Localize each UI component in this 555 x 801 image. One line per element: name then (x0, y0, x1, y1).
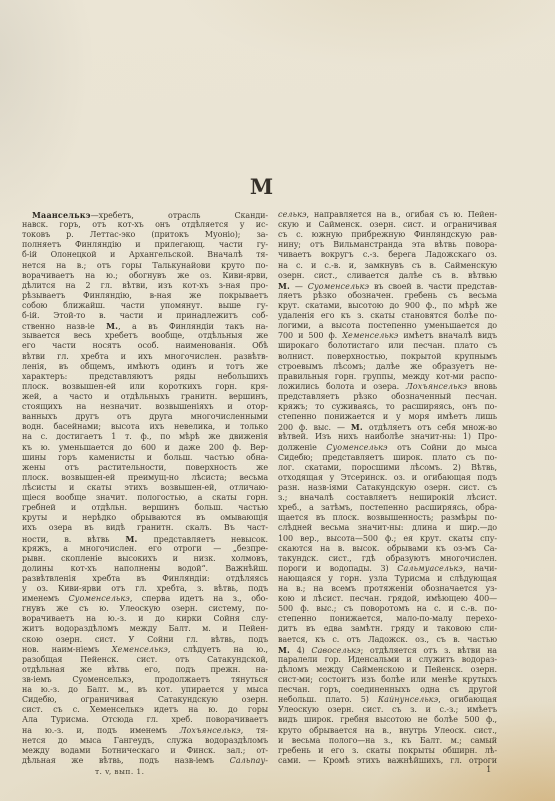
text-line: гребень и его з. скаты покрыты обширн. л… (278, 746, 497, 756)
text-line: развѣтвленія хребта въ Финляндіи: отдѣля… (22, 574, 268, 584)
text-line: небольш. плато. 5) Кайнунселькэ, огибающ… (278, 695, 497, 705)
text-line: слѣдней весьма значит-ны: длина и шир.—д… (278, 523, 497, 533)
text-line: нающаяся у горн. узла Турисма и слѣдующа… (278, 574, 497, 584)
text-line: зывается весь хребетъ вообще, отдѣльныя … (22, 331, 268, 341)
text-line: ложились болота и озера. Лохъянселькэ вн… (278, 382, 497, 392)
text-line: щается въ плоск. возвышенность; размѣры … (278, 513, 497, 523)
text-line: водн. басейнами; высота ихъ невелика, и … (22, 422, 268, 432)
text-line: Сидебю; представляетъ широк. плато съ по… (278, 453, 497, 463)
text-line: озерн. сист., сливается далѣе съ в. вѣтв… (278, 271, 497, 281)
text-line: щіеся вообще значит. пологостью, а скаты… (22, 493, 268, 503)
text-line: отдѣльная же вѣтвь его, подъ прежн. на- (22, 665, 268, 675)
text-line: на с. достигаетъ 1 т. ф., по мѣрѣ же дви… (22, 432, 268, 442)
text-line: вѣтви гл. хребта и ихъ многочислен. разв… (22, 352, 268, 362)
text-line: сист. съ с. Хеменселькэ идетъ на ю. до г… (22, 705, 268, 715)
text-line: токовъ р. Леттас-эко (притокъ Муоніо); з… (22, 230, 268, 240)
text-line: представляетъ рѣзко обозначенный песчан. (278, 392, 497, 402)
text-line: лѣсисты и скаты этихъ возвышен-ей, отлич… (22, 483, 268, 493)
text-line: Ала Турисма. Отсюда гл. хреб. поворачива… (22, 715, 268, 725)
text-line: рѣзываетъ Финляндію, в-ная же покрываетъ (22, 291, 268, 301)
text-column-left: Маанселькэ—хребетъ, отрасль Сканди-навск… (22, 210, 268, 766)
text-line: удаленія его къ з. скаты становятся болѣ… (278, 311, 497, 321)
text-line: скаются на в. высок. обрывами къ оз-мъ С… (278, 544, 497, 554)
text-line: рывн. скопленіе высокихъ и низк. холмовъ… (22, 554, 268, 564)
text-line: къ ю. уменьшается до 600 и даже 200 ф. В… (22, 443, 268, 453)
text-line: шины горъ каменисты и больш. частью обна… (22, 453, 268, 463)
text-line: и весьма полого—на з., къ Балт. м.; самы… (278, 736, 497, 746)
text-line: жены отъ растительности, поверхность же (22, 463, 268, 473)
text-line: логими, а высота постепенно уменьшается … (278, 321, 497, 331)
text-line: круто обрывается на в., внутрь Улеоск. с… (278, 726, 497, 736)
text-line: песчан. горъ, соединенныхъ одна съ друго… (278, 685, 497, 695)
text-line: 700 и 500 ф. Хеменселькэ имѣетъ вначалѣ … (278, 331, 497, 341)
text-line: долины кот-хъ наполнены водой“. Важнѣйш. (22, 564, 268, 574)
text-line: дѣльная же вѣтвь, подъ назв-іемъ Сальпау… (22, 756, 268, 766)
text-line: ворачиваетъ на ю.-з. и до кирки Сойня сл… (22, 614, 268, 624)
text-line: круты и нерѣдко обрываются въ омывающія (22, 513, 268, 523)
text-line: степенно понижается и у моря имѣетъ лишь (278, 412, 497, 422)
text-line: на в.; на всемъ протяженіи обозначается … (278, 584, 497, 594)
text-line: б-ій Олонецкой и Архангельской. Вначалѣ … (22, 250, 268, 260)
text-line: именемъ Суоменселькэ, сперва идетъ на з.… (22, 594, 268, 604)
text-line: вѣтвей. Изъ нихъ наиболѣе значит-ны: 1) … (278, 432, 497, 442)
text-line: М. — Суоменселькэ въ своей в. части пред… (278, 281, 497, 291)
text-line: плоск. возвышен-ей преимущ-но лѣсиста; в… (22, 473, 268, 483)
text-line: его части носятъ особ. наименованія. Обѣ (22, 341, 268, 351)
text-line: дѣлится на 2 гл. вѣтви, изъ кот-хъ з-ная… (22, 281, 268, 291)
text-line: ленія, въ общемъ, имѣютъ одинъ и тотъ же (22, 362, 268, 372)
text-line: Сидебю, ограничивая Сатакундскую озерн. (22, 695, 268, 705)
text-line: нину; отъ Вильманстранда эта вѣтвь повор… (278, 240, 497, 250)
text-line: дѣломъ между Сайменскою и Пейенск. озерн… (278, 665, 497, 675)
text-line: нов. наим-ніемъ Хеменселькэ, слѣдуетъ на… (22, 645, 268, 655)
text-line: полняетъ Финляндію и прилегающ. части гу… (22, 240, 268, 250)
text-line: такундск. сист., гдѣ образуютъ многочисл… (278, 554, 497, 564)
text-line: разн. назв-іями Сатакундскую озерн. сист… (278, 483, 497, 493)
text-line: на с. и с.-в. и, замкнувъ съ в. Сайменск… (278, 261, 497, 271)
text-line: хреб., а затѣмъ, постепенно расширяясь, … (278, 503, 497, 513)
text-line: ихъ озера въ видѣ гранитн. скалъ. Въ час… (22, 523, 268, 533)
text-line: М. 4) Савоселькэ; отдѣляется отъ з. вѣтв… (278, 645, 497, 655)
text-line: кою и лѣсист. песчан. грядой, имѣющею 40… (278, 594, 497, 604)
volume-signature: т. v, вып. 1. (95, 767, 144, 776)
text-line: собою ближайш. части упомянут. выше гу- (22, 301, 268, 311)
text-line: разобщая Пейенск. сист. отъ Сатакундской… (22, 655, 268, 665)
text-line: селькэ, направляется на в., огибая съ ю.… (278, 210, 497, 220)
book-page: М Маанселькэ—хребетъ, отрасль Сканди-нав… (0, 0, 555, 801)
text-line: гнувъ же съ ю. Улеоскую озерн. систему, … (22, 604, 268, 614)
text-line: скую и Сайменск. озерн. сист. и ограничи… (278, 220, 497, 230)
text-line: плоск. возвышен-ей или короткихъ горн. к… (22, 382, 268, 392)
text-line: видъ широк. гребня высотою не болѣе 500 … (278, 715, 497, 725)
text-line: б-ій. Этой-то в. части и принадлежитъ со… (22, 311, 268, 321)
text-line: Маанселькэ—хребетъ, отрасль Сканди- (22, 210, 268, 220)
text-line: з.; вначалѣ составляетъ неширокій лѣсист… (278, 493, 497, 503)
text-line: крут. скатами, высотою до 900 ф., по мѣр… (278, 301, 497, 311)
page-number: 1 (486, 765, 491, 775)
text-line: ванныхъ другъ отъ друга многочисленными (22, 412, 268, 422)
text-line: строевымъ лѣсомъ; далѣе же образуетъ не- (278, 362, 497, 372)
text-line: жей, а часто и отдѣльныхъ гранитн. верши… (22, 392, 268, 402)
text-line: ляетъ рѣзко обозначен. гребень съ весьма (278, 291, 497, 301)
text-line: вается, къ с. отъ Ладожск. оз., съ в. ча… (278, 635, 497, 645)
text-line: пороги и водопады. 3) Сальмуаселькэ, нач… (278, 564, 497, 574)
text-line: Улеоскую озерн. сист. съ з. и с.-з.; имѣ… (278, 705, 497, 715)
text-line: широкаго болотистаго или песчан. плато с… (278, 341, 497, 351)
text-line: на ю.-з. и, подъ именемъ Лохъянселькэ, т… (22, 726, 268, 736)
text-line: 500 ф. выс.; съ поворотомъ на с. и с.-в.… (278, 604, 497, 614)
text-line: отходящая у Этсеринск. оз. и огибающая п… (278, 473, 497, 483)
text-line: чиваетъ вокругъ с.-з. берега Ладожскаго … (278, 250, 497, 260)
text-line: на ю.-з. до Балт. м., въ кот. упирается … (22, 685, 268, 695)
text-line: паралели гор. Иденсальми и служитъ водор… (278, 655, 497, 665)
article-text-block: Маанселькэ—хребетъ, отрасль Сканди-навск… (22, 210, 497, 766)
text-line: кряжъ; то суживаясь, то расширяясь, онъ … (278, 402, 497, 412)
section-letter-heading: М (0, 174, 524, 199)
text-line: лог. скатами, поросшими лѣсомъ. 2) Вѣтвь… (278, 463, 497, 473)
text-line: сами. — Кромѣ этихъ важнѣйшихъ, гл. отро… (278, 756, 497, 766)
text-line: у оз. Киви-ярви отъ гл. хребта, з. вѣтвь… (22, 584, 268, 594)
text-line: зв-іемъ Суоменселькэ, продолжаетъ тянуть… (22, 675, 268, 685)
text-line: правильныя горн. группы, между кот-ми ра… (278, 372, 497, 382)
text-line: ственно назв-іе М., а въ Финляндіи такъ … (22, 321, 268, 331)
text-line: съ с. южную прибрежную Финляндскую рав- (278, 230, 497, 240)
text-line: кряжъ, а многочислен. его отроги — „безп… (22, 544, 268, 554)
text-line: сист-ми; состоитъ изъ болѣе или менѣе кр… (278, 675, 497, 685)
text-column-right: селькэ, направляется на в., огибая съ ю.… (278, 210, 497, 766)
text-line: нется до мыса Гангеудъ, служа водораздѣл… (22, 736, 268, 746)
text-line: 200 ф. выс. — М. отдѣляетъ отъ себя множ… (278, 422, 497, 432)
text-line: стоящихъ на незначит. возвышеніяхъ и ото… (22, 402, 268, 412)
text-line: гребней и отдѣльн. вершинъ больш. частью (22, 503, 268, 513)
text-line: нется на в.; отъ горы Талькунайови круто… (22, 261, 268, 271)
text-line: 100 вер., высота—500 ф.; ея крут. скаты … (278, 534, 497, 544)
text-line: житъ водораздѣломъ между Балт. м. и Пейе… (22, 624, 268, 634)
text-line: ности, в. вѣтвь М. представляетъ невысок… (22, 534, 268, 544)
text-line: между водами Ботническаго и Финск. зал.;… (22, 746, 268, 756)
text-line: степенно понижается, мало-по-малу перехо… (278, 614, 497, 624)
text-line: характеръ: представляютъ ряды небольшихъ (22, 372, 268, 382)
text-line: волнист. поверхностью, покрытой крупнымъ (278, 352, 497, 362)
text-line: дитъ въ едва замѣтн. гряду и таковою сли… (278, 624, 497, 634)
text-line: навск. горъ, отъ кот-хъ онъ отдѣляется у… (22, 220, 268, 230)
text-line: ворачиваетъ на ю.; обогнувъ же оз. Киви-… (22, 271, 268, 281)
text-line: долженіе Суоменселькэ отъ Сойни до мыса (278, 443, 497, 453)
text-line: скою озерн. сист. У Сойни гл. вѣтвь, под… (22, 635, 268, 645)
